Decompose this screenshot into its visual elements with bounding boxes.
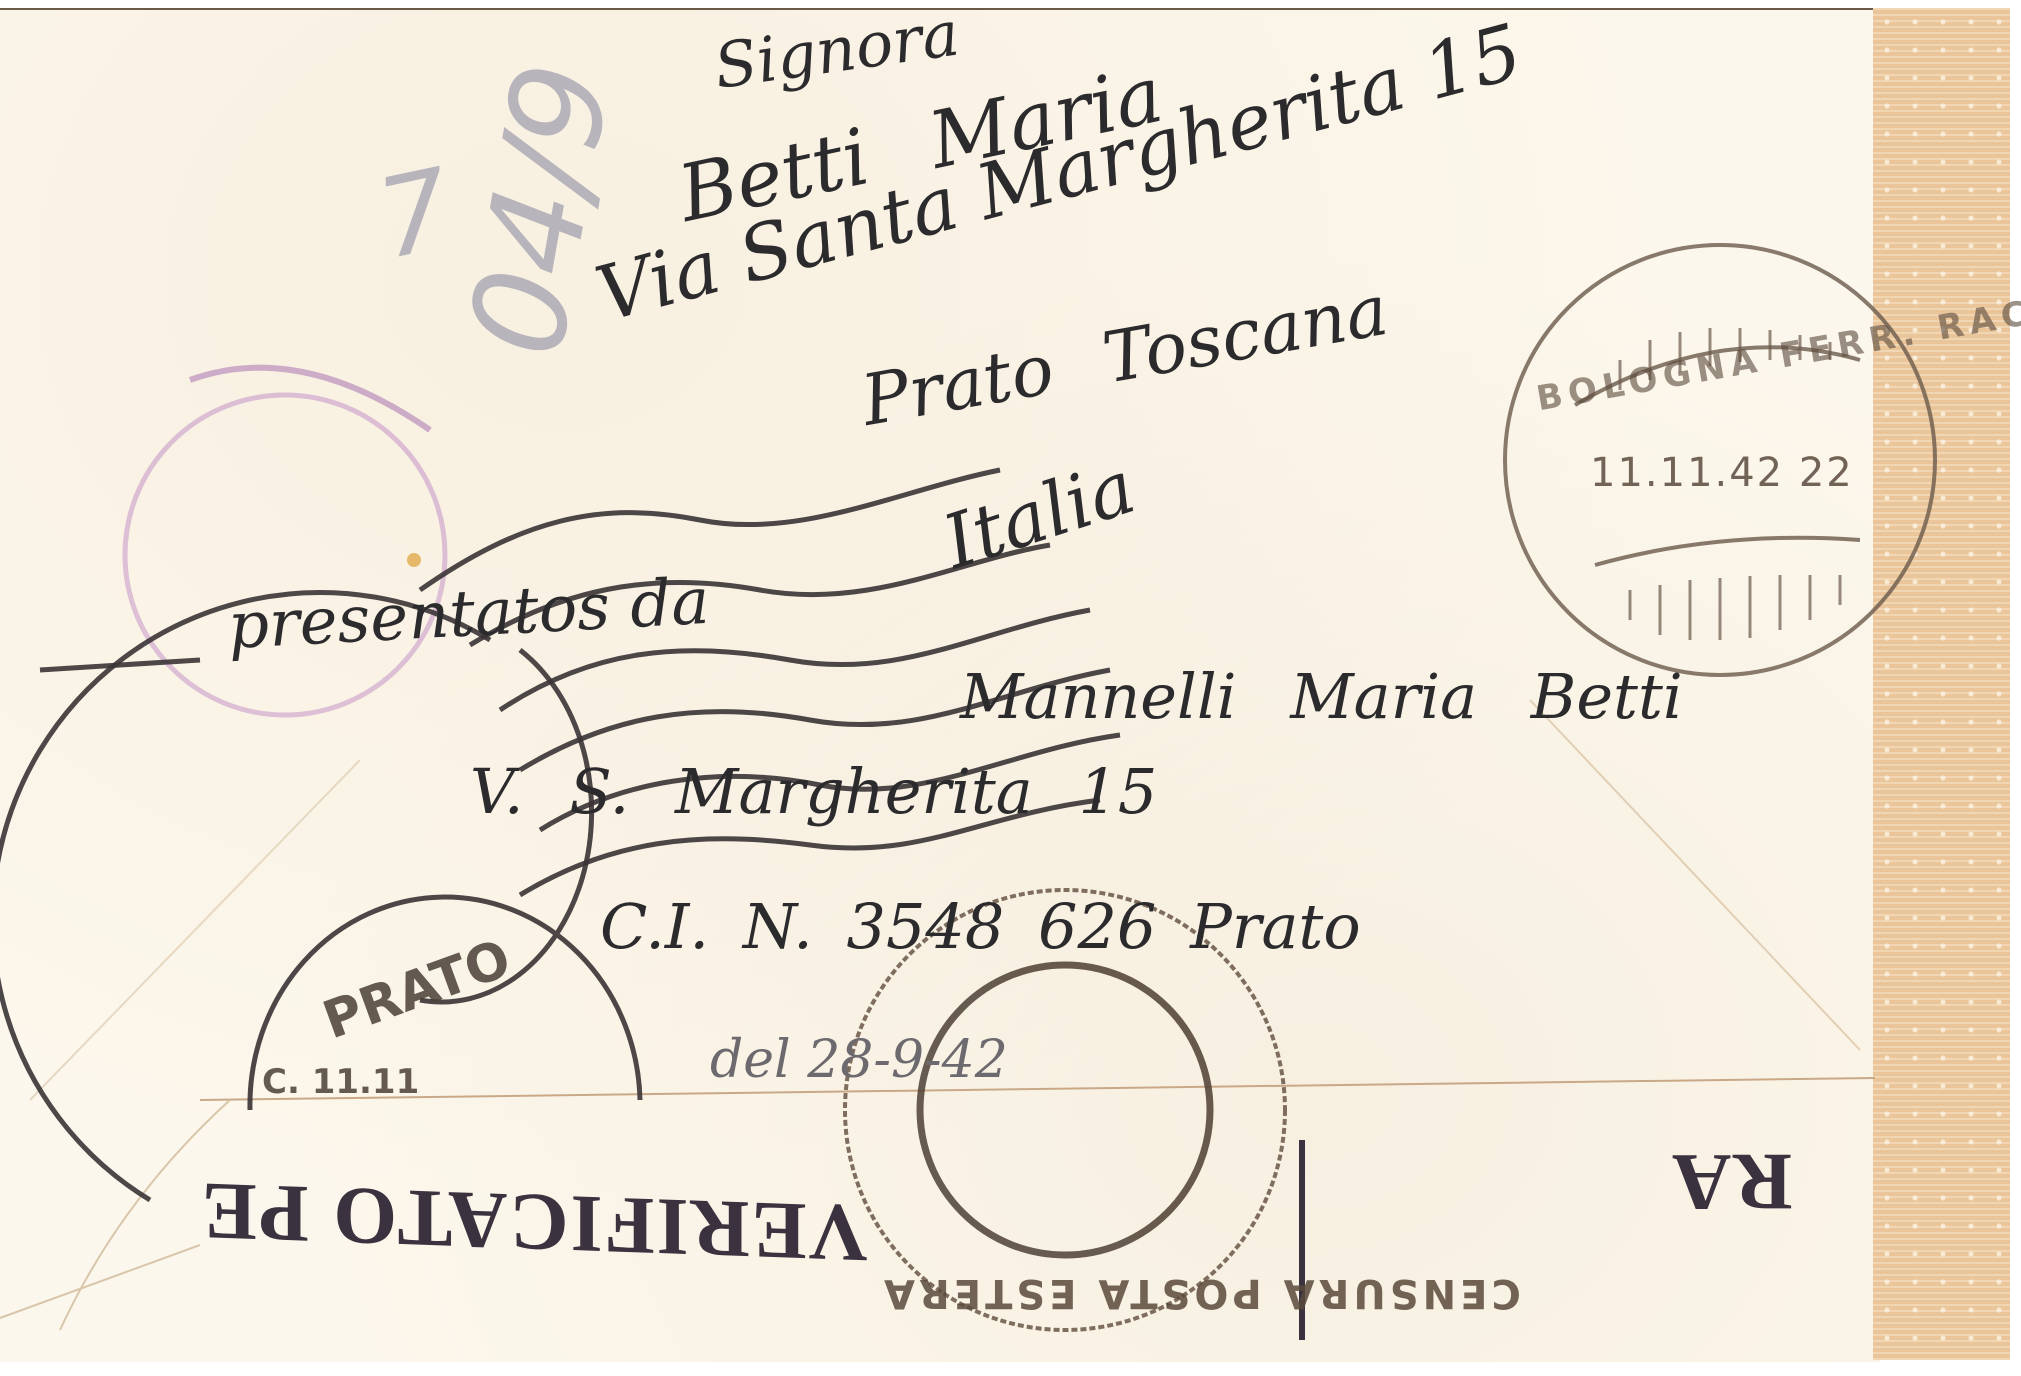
sender-reference: C.I. N. 3548 626 Prato [600,890,1361,963]
sender-name: Mannelli Maria Betti [960,660,1683,733]
sender-street: V. S. Margherita 15 [470,755,1157,828]
railway-postmark-date: 11.11.42 22 [1590,450,1854,496]
prato-postmark-date: C. 11.11 [262,1062,419,1102]
stain [407,553,421,567]
censor-circle-text: CENSURA POSTA ESTERA [880,1270,1521,1316]
censor-band-right: RA [1670,1135,1792,1229]
sender-date: del 28-9-42 [710,1030,1008,1090]
